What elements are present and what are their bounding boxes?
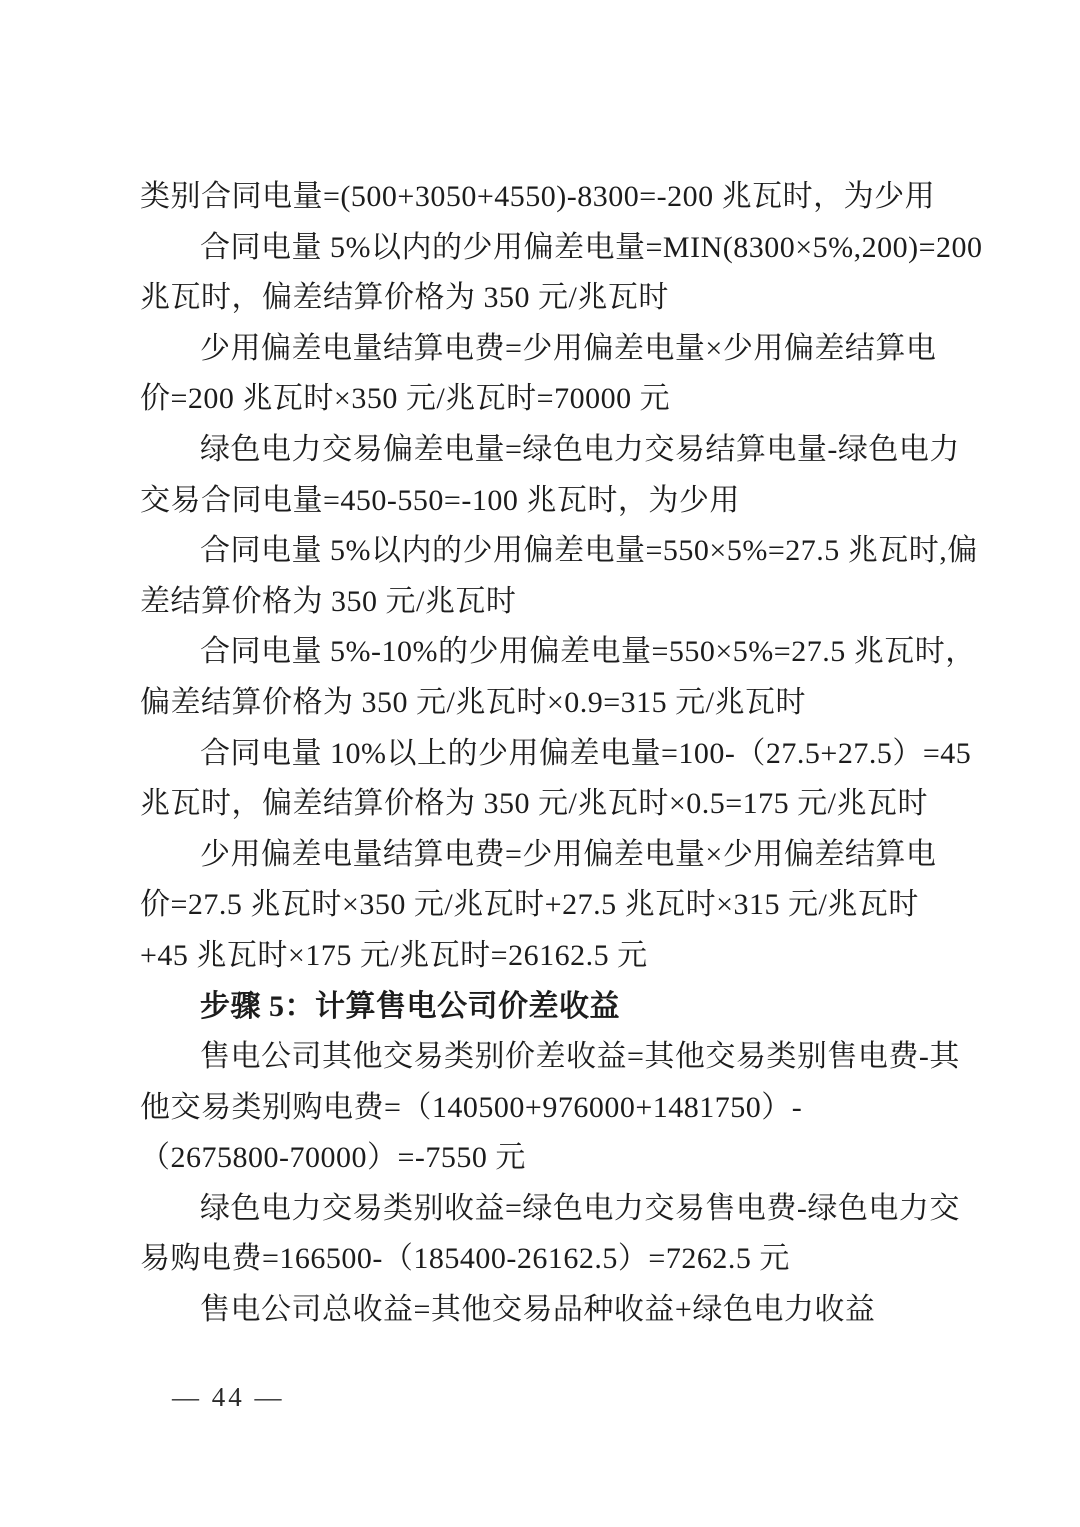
text-line: 售电公司总收益=其他交易品种收益+绿色电力收益 <box>140 1285 940 1336</box>
text-line: 价=27.5 兆瓦时×350 元/兆瓦时+27.5 兆瓦时×315 元/兆瓦时 <box>140 880 940 931</box>
document-body: 类别合同电量=(500+3050+4550)-8300=-200 兆瓦时，为少用… <box>140 172 940 1336</box>
text-line: 合同电量 10%以上的少用偏差电量=100-（27.5+27.5）=45 <box>140 729 940 780</box>
document-page: 类别合同电量=(500+3050+4550)-8300=-200 兆瓦时，为少用… <box>0 0 1080 1527</box>
text-line: 偏差结算价格为 350 元/兆瓦时×0.9=315 元/兆瓦时 <box>140 678 940 729</box>
text-line: 交易合同电量=450-550=-100 兆瓦时，为少用 <box>140 476 940 527</box>
text-line: 类别合同电量=(500+3050+4550)-8300=-200 兆瓦时，为少用 <box>140 172 940 223</box>
text-line: 合同电量 5%以内的少用偏差电量=550×5%=27.5 兆瓦时,偏 <box>140 526 940 577</box>
text-line: 他交易类别购电费=（140500+976000+1481750）- <box>140 1083 940 1134</box>
text-line: 售电公司其他交易类别价差收益=其他交易类别售电费-其 <box>140 1032 940 1083</box>
text-line: +45 兆瓦时×175 元/兆瓦时=26162.5 元 <box>140 931 940 982</box>
section-heading: 步骤 5：计算售电公司价差收益 <box>140 982 940 1033</box>
text-line: 绿色电力交易偏差电量=绿色电力交易结算电量-绿色电力 <box>140 425 940 476</box>
text-line: 兆瓦时，偏差结算价格为 350 元/兆瓦时×0.5=175 元/兆瓦时 <box>140 779 940 830</box>
text-line: （2675800-70000）=-7550 元 <box>140 1133 940 1184</box>
text-line: 易购电费=166500-（185400-26162.5）=7262.5 元 <box>140 1234 940 1285</box>
text-line: 兆瓦时，偏差结算价格为 350 元/兆瓦时 <box>140 273 940 324</box>
text-line: 少用偏差电量结算电费=少用偏差电量×少用偏差结算电 <box>140 830 940 881</box>
text-line: 差结算价格为 350 元/兆瓦时 <box>140 577 940 628</box>
page-number: — 44 — <box>172 1382 285 1413</box>
text-line: 价=200 兆瓦时×350 元/兆瓦时=70000 元 <box>140 374 940 425</box>
text-line: 合同电量 5%-10%的少用偏差电量=550×5%=27.5 兆瓦时， <box>140 627 940 678</box>
text-line: 绿色电力交易类别收益=绿色电力交易售电费-绿色电力交 <box>140 1184 940 1235</box>
text-line: 合同电量 5%以内的少用偏差电量=MIN(8300×5%,200)=200 <box>140 223 940 274</box>
text-line: 少用偏差电量结算电费=少用偏差电量×少用偏差结算电 <box>140 324 940 375</box>
